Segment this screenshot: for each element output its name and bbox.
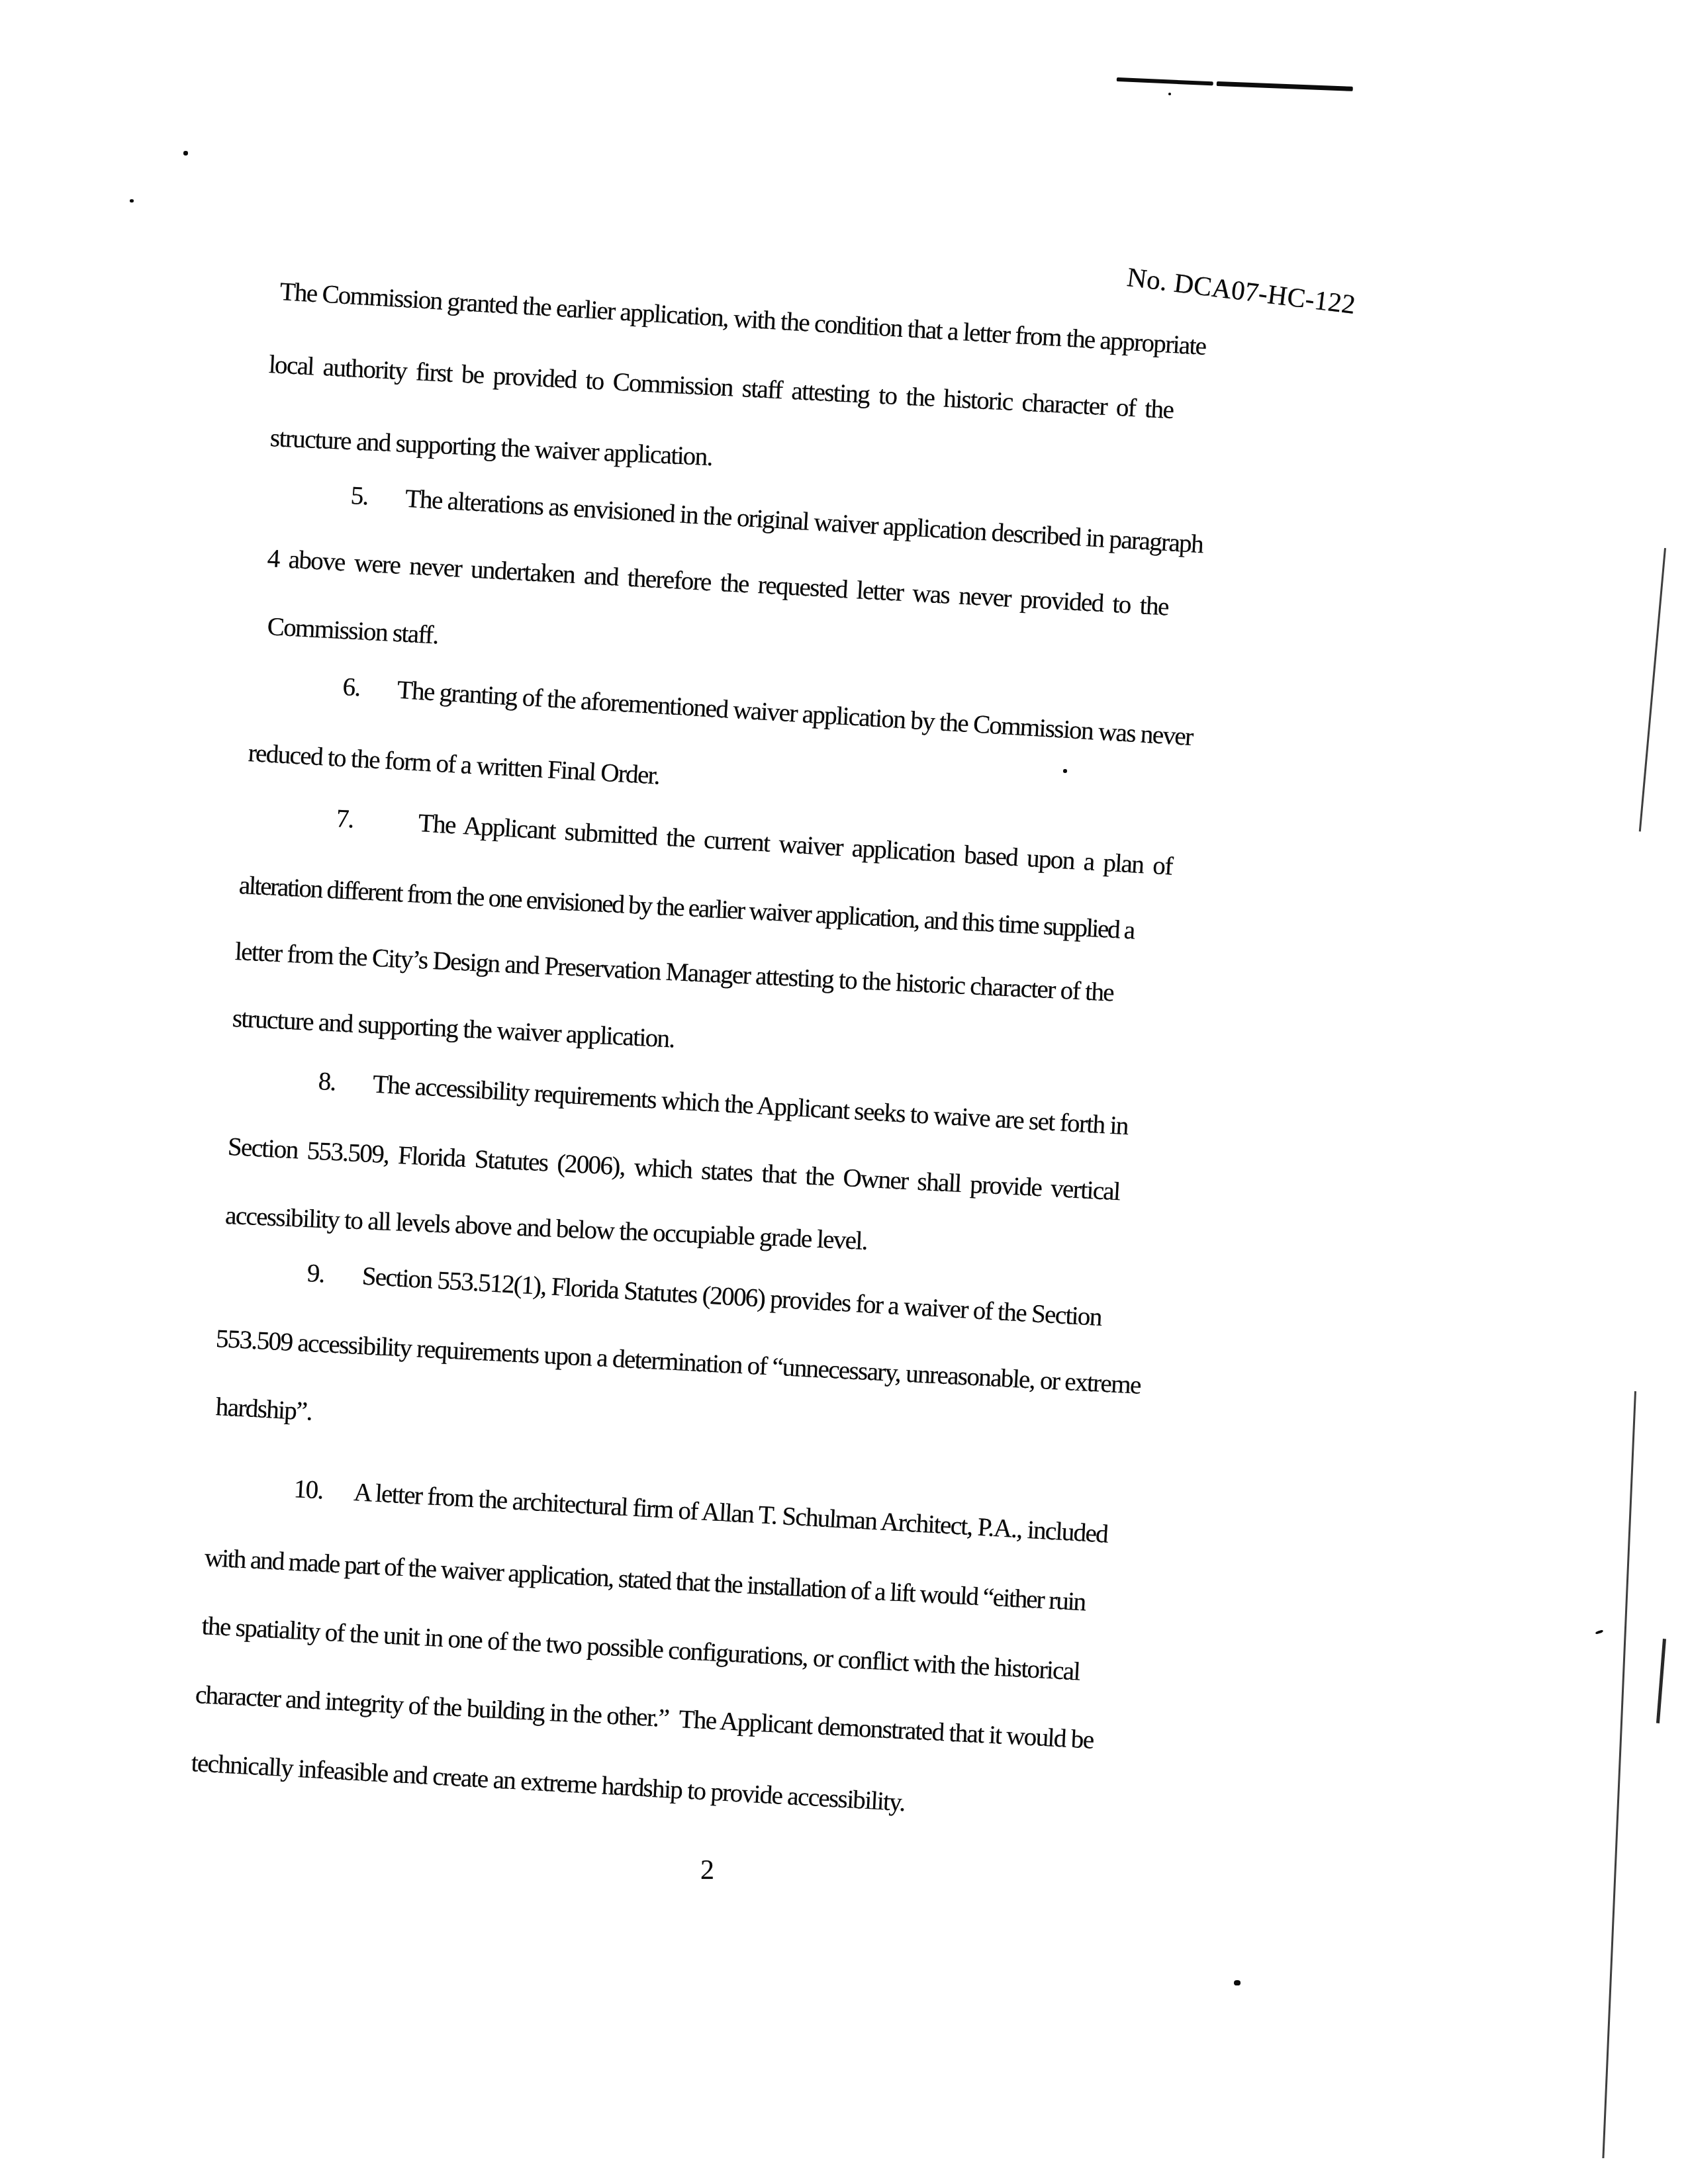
scan-speck — [1595, 1629, 1604, 1635]
case-number: No. DCA07-HC-122 — [1125, 261, 1357, 320]
scan-vertical-artifact-lower-long — [1602, 1391, 1636, 2158]
para10-line3: the spatiality of the unit in one of the… — [201, 1613, 1080, 1684]
scan-speck — [1168, 93, 1171, 95]
para7-line4: structure and supporting the waiver appl… — [232, 1005, 675, 1052]
scan-speck — [130, 199, 134, 203]
para6-line2: reduced to the form of a written Final O… — [248, 740, 660, 789]
para9-line3: hardship”. — [215, 1394, 312, 1425]
para5-line3: Commission staff. — [267, 614, 439, 648]
para4-line1: The Commission granted the earlier appli… — [279, 279, 1207, 359]
para7-line1: 7. The Applicant submitted the current w… — [336, 805, 1173, 880]
para6-line1: 6. The granting of the aforementioned wa… — [342, 674, 1194, 750]
para5-line2: 4 above were never undertaken and theref… — [267, 545, 1169, 620]
scan-line-artifact-top-right-segment — [1217, 81, 1353, 91]
para9-line1: 9. Section 553.512(1), Florida Statutes … — [306, 1260, 1102, 1330]
para10-line5: technically infeasible and create an ext… — [191, 1750, 906, 1815]
page-number: 2 — [700, 1854, 714, 1886]
scan-line-artifact-top-left-segment — [1117, 77, 1213, 85]
para4-line2: local authority first be provided to Com… — [268, 351, 1174, 423]
scan-speck — [1063, 769, 1067, 773]
para5-line1: 5. The alterations as envisioned in the … — [350, 482, 1203, 557]
scan-speck — [1234, 1980, 1241, 1985]
para8-line3: accessibility to all levels above and be… — [224, 1203, 867, 1254]
para10-line1: 10. A letter from the architectural firm… — [293, 1476, 1108, 1547]
para8-line1: 8. The accessibility requirements which … — [318, 1068, 1129, 1139]
para10-line2: with and made part of the waiver applica… — [204, 1545, 1086, 1615]
scan-vertical-artifact-lower-thick — [1656, 1639, 1666, 1723]
para9-line2: 553.509 accessibility requirements upon … — [215, 1326, 1141, 1398]
scanned-document-page: No. DCA07-HC-122 The Commission granted … — [0, 0, 1688, 2184]
para7-line2: alteration different from the one envisi… — [238, 872, 1135, 943]
para7-line3: letter from the City’s Design and Preser… — [234, 938, 1114, 1006]
para8-line2: Section 553.509, Florida Statutes (2006)… — [227, 1134, 1120, 1205]
para4-line3: structure and supporting the waiver appl… — [269, 425, 712, 470]
scan-speck — [183, 151, 188, 156]
scan-vertical-artifact-upper — [1639, 548, 1666, 832]
para10-line4: character and integrity of the building … — [195, 1682, 1094, 1753]
